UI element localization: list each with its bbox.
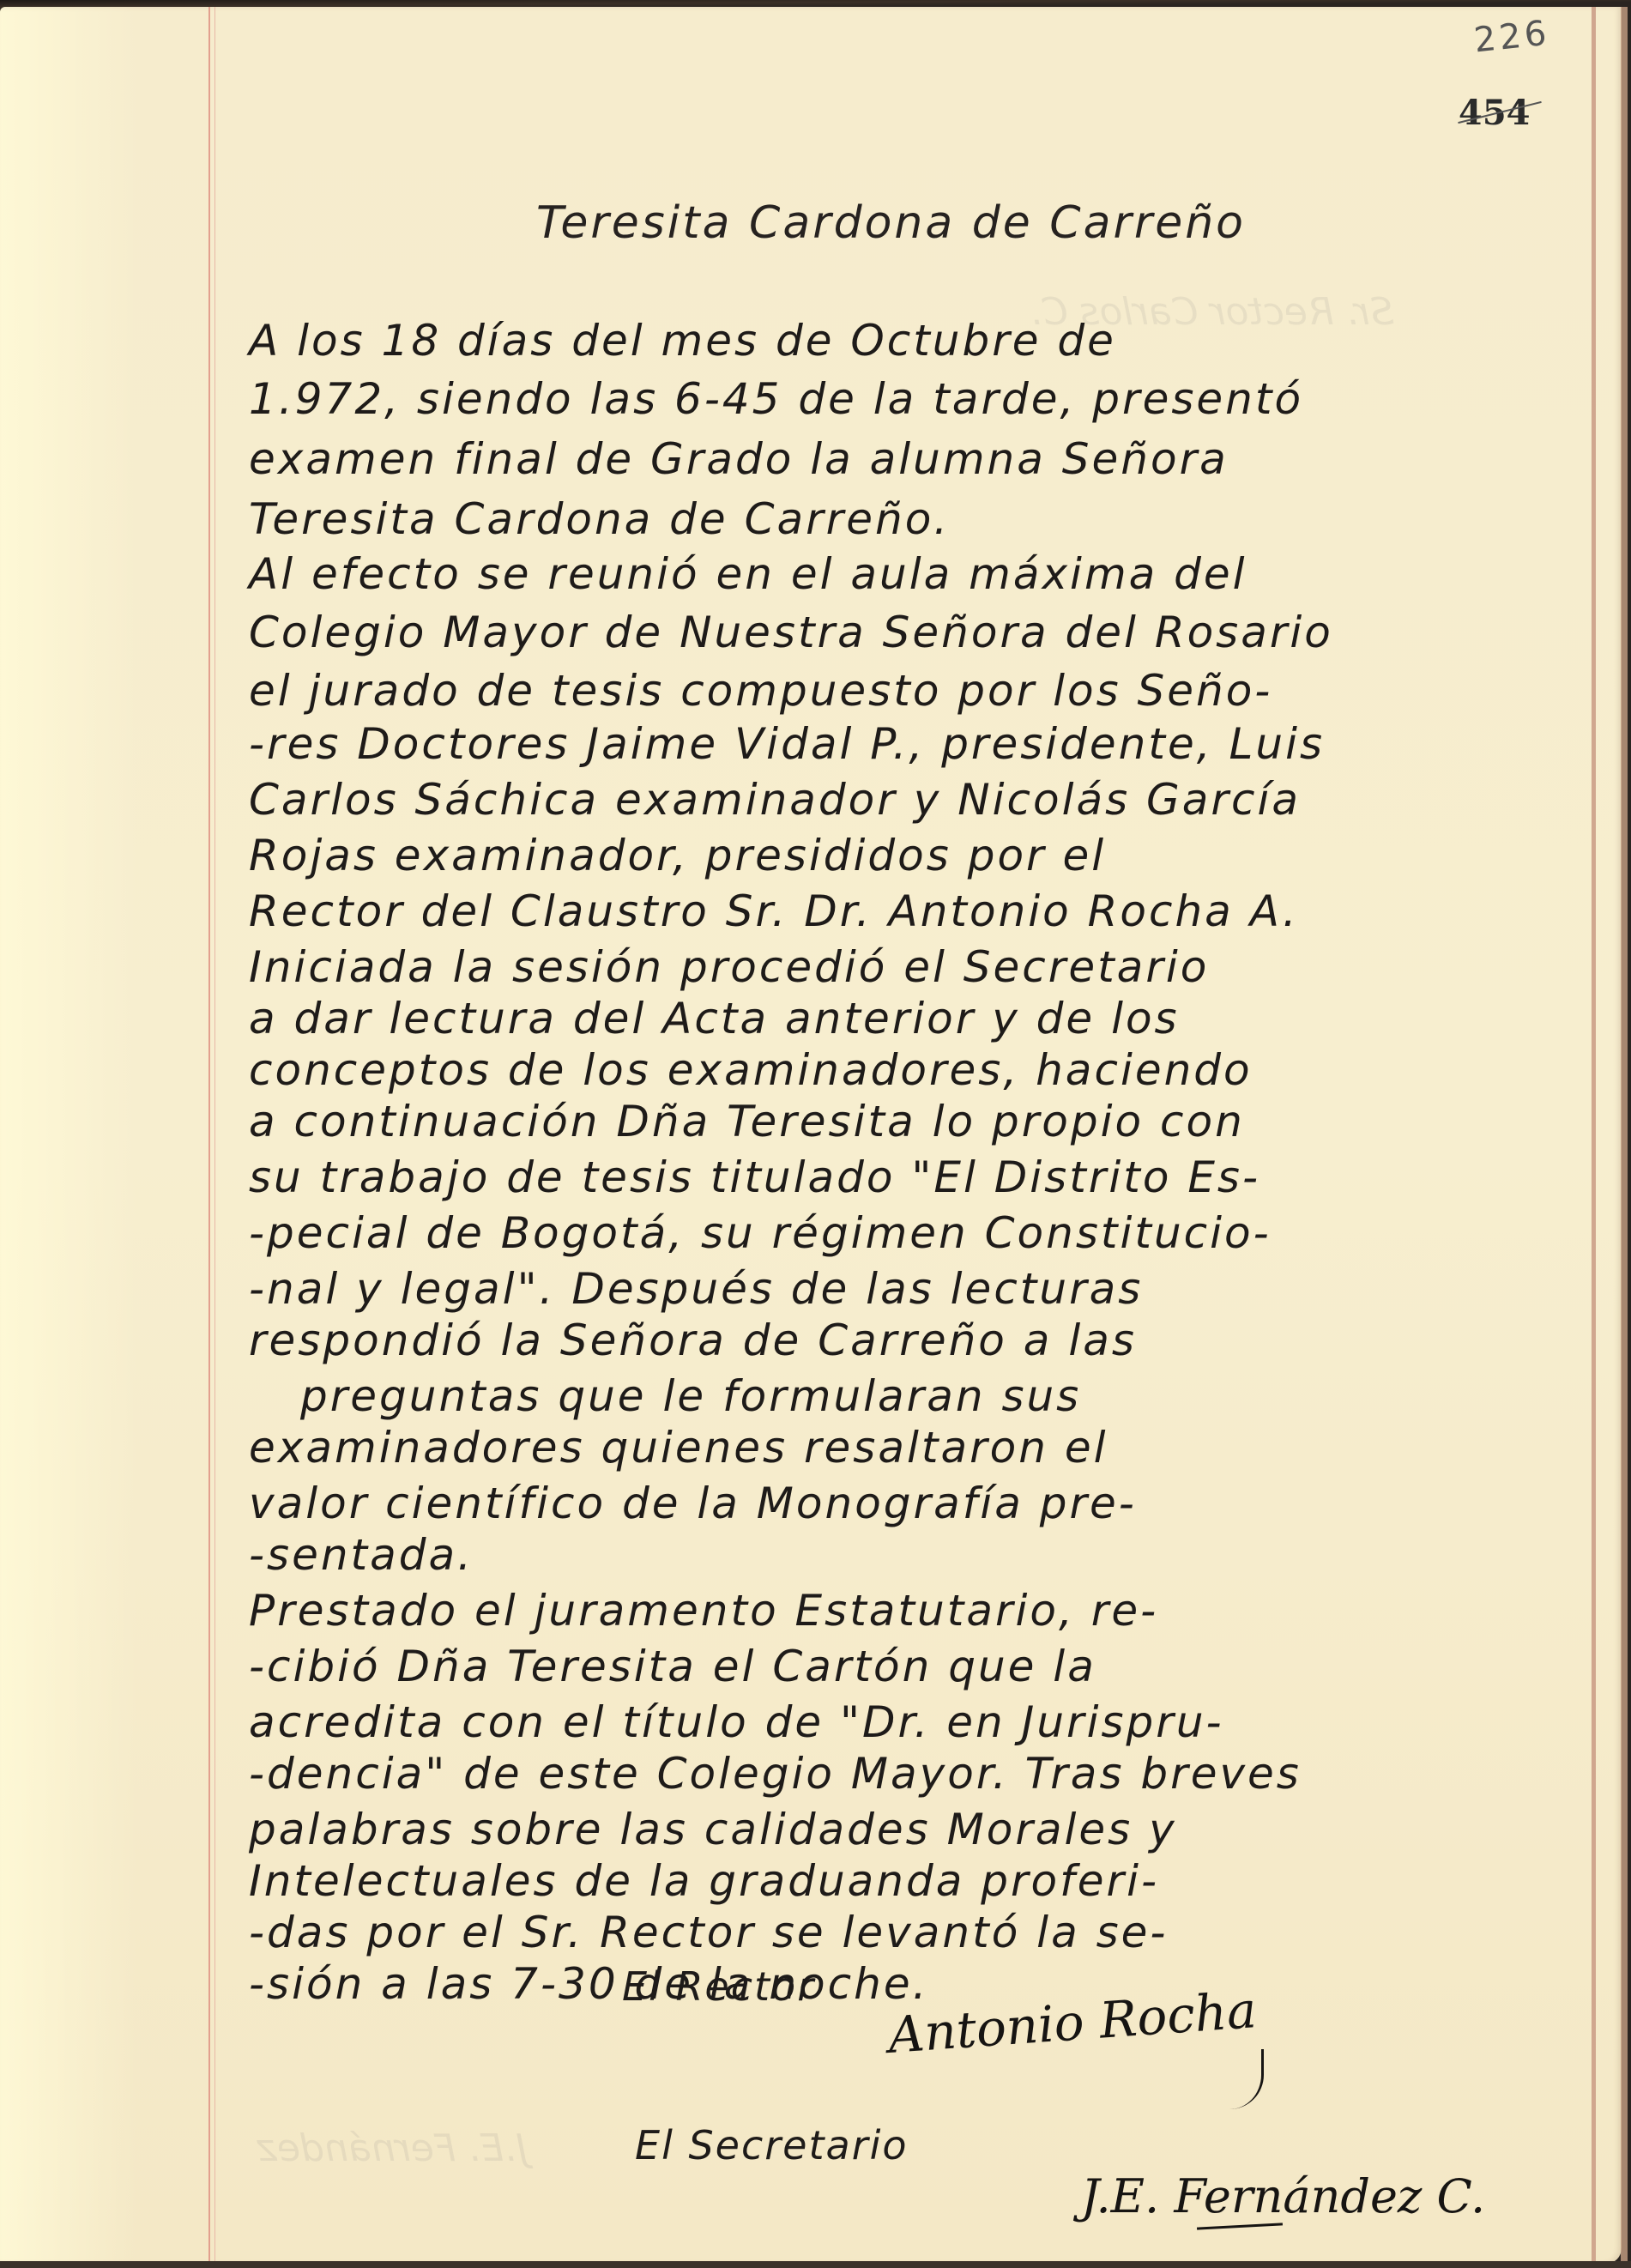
- rector-signature-flourish: [1227, 2049, 1264, 2109]
- body-line: Intelectuales de la graduanda proferi-: [249, 1856, 1159, 1906]
- body-line: Carlos Sáchica examinador y Nicolás Garc…: [249, 775, 1301, 825]
- right-margin-line: [1592, 7, 1596, 2264]
- body-line: -dencia" de este Colegio Mayor. Tras bre…: [249, 1749, 1302, 1799]
- ledger-page: Sr. Rector Carlos C. J.E. Fernández 226 …: [0, 7, 1622, 2264]
- secretario-signature-underline: [1197, 2223, 1283, 2229]
- body-line: respondió la Señora de Carreño a las: [249, 1315, 1137, 1365]
- body-line: -das por el Sr. Rector se levantó la se-: [249, 1908, 1168, 1957]
- body-line: -sión a las 7-30 de la noche.: [249, 1959, 928, 2009]
- body-line: palabras sobre las calidades Morales y: [249, 1805, 1177, 1854]
- body-line: Colegio Mayor de Nuestra Señora del Rosa…: [249, 608, 1333, 657]
- body-line: -nal y legal". Después de las lecturas: [249, 1264, 1143, 1314]
- body-line: 1.972, siendo las 6-45 de la tarde, pres…: [249, 374, 1303, 424]
- folio-number-stamped: 454: [1459, 93, 1531, 133]
- body-line: examen final de Grado la alumna Señora: [249, 434, 1229, 484]
- left-margin-line-secondary: [214, 7, 215, 2264]
- folio-number-pencil: 226: [1472, 14, 1552, 61]
- left-margin-line: [208, 7, 210, 2264]
- page-bottom-edge: [0, 2261, 1631, 2268]
- page-title: Teresita Cardona de Carreño: [536, 197, 1246, 249]
- body-line: Rojas examinador, presididos por el: [249, 831, 1106, 880]
- body-line: acredita con el título de "Dr. en Jurisp…: [249, 1697, 1224, 1747]
- rector-signature: Antonio Rocha: [886, 1981, 1258, 2065]
- secretario-label: El Secretario: [635, 2122, 909, 2168]
- body-line: -cibió Dña Teresita el Cartón que la: [249, 1642, 1096, 1691]
- body-line: Iniciada la sesión procedió el Secretari…: [249, 942, 1209, 992]
- rector-label: El Rector: [622, 1963, 815, 2010]
- body-line: -pecial de Bogotá, su régimen Constituci…: [249, 1208, 1272, 1258]
- body-line: conceptos de los examinadores, haciendo: [249, 1045, 1253, 1095]
- body-line: su trabajo de tesis titulado "El Distrit…: [249, 1152, 1260, 1202]
- body-line: examinadores quienes resaltaron el: [249, 1423, 1108, 1473]
- bleed-through-signature: J.E. Fernández: [257, 2126, 527, 2170]
- right-page-edge: [1621, 7, 1628, 2264]
- body-line: valor científico de la Monografía pre-: [249, 1479, 1137, 1528]
- body-line: Prestado el juramento Estatutario, re-: [249, 1586, 1158, 1636]
- body-line: a continuación Dña Teresita lo propio co…: [249, 1097, 1245, 1146]
- body-line: Al efecto se reunió en el aula máxima de…: [249, 549, 1247, 599]
- body-line: a dar lectura del Acta anterior y de los: [249, 994, 1180, 1043]
- body-line: A los 18 días del mes de Octubre de: [249, 316, 1116, 366]
- secretario-signature: J.E. Fernández C.: [1081, 2169, 1485, 2223]
- body-line: Rector del Claustro Sr. Dr. Antonio Roch…: [249, 886, 1299, 936]
- body-line: el jurado de tesis compuesto por los Señ…: [249, 666, 1272, 716]
- body-line: Teresita Cardona de Carreño.: [249, 494, 950, 544]
- body-line: -res Doctores Jaime Vidal P., presidente…: [249, 719, 1325, 769]
- body-line: -sentada.: [249, 1530, 474, 1580]
- body-line: preguntas que le formularan sus: [300, 1371, 1081, 1421]
